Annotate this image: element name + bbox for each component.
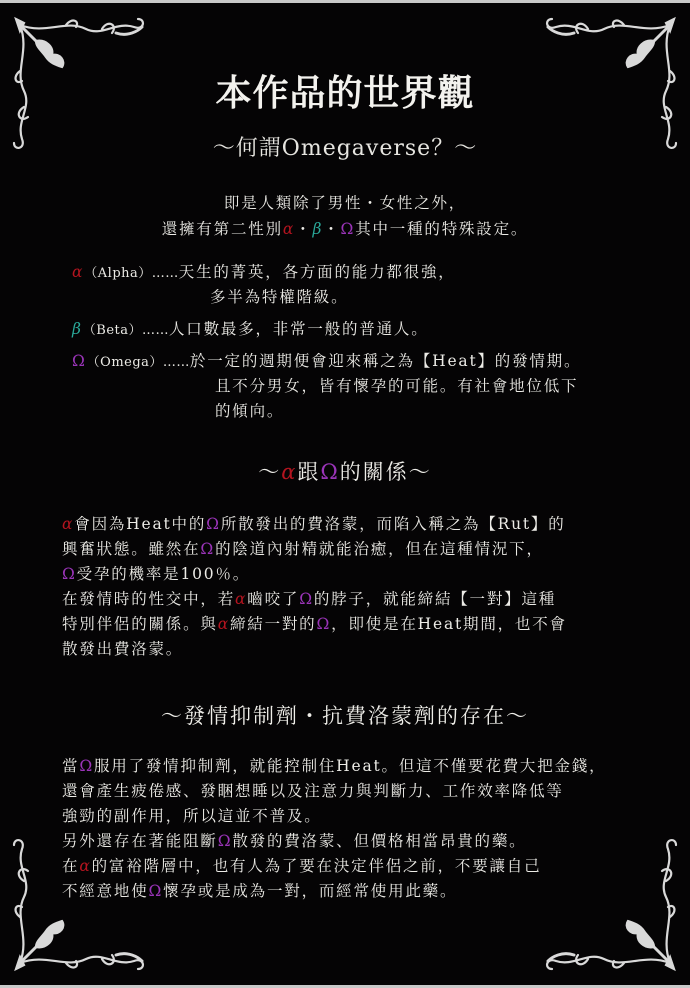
intro-text: 其中一種的特殊設定。 — [355, 220, 528, 238]
omega-symbol-icon: Ω — [218, 832, 233, 850]
alpha-symbol-icon: α — [218, 615, 230, 633]
omega-symbol-icon: Ω — [79, 757, 94, 775]
alpha-symbol-icon: α — [235, 590, 247, 608]
paragraph-text: ，即使是在Heat期間，也不會 — [331, 615, 567, 633]
heading-text: ～ — [258, 460, 281, 484]
paragraph-text: 的富裕階層中，也有人為了要在決定伴侶之前，不要讓自己 — [92, 857, 542, 875]
paragraph-text: 受孕的機率是100％。 — [77, 565, 250, 583]
paragraph-text: 當 — [62, 757, 79, 775]
omega-symbol-icon: Ω — [206, 515, 221, 533]
paragraph-line: α會因為Heat中的Ω所散發出的費洛蒙，而陷入稱之為【Rut】的 — [62, 513, 566, 535]
omega-symbol-icon: Ω — [200, 540, 215, 558]
intro-line-2: 還擁有第二性別α・β・Ω其中一種的特殊設定。 — [0, 218, 690, 240]
paragraph-text: 不經意地使 — [62, 882, 149, 900]
paragraph-text: 散發的費洛蒙、但價格相當昂貴的藥。 — [232, 832, 526, 850]
definition-label: （Omega）…… — [87, 355, 190, 370]
definition-beta: β（Beta）……人口數最多，非常一般的普通人。 — [72, 318, 429, 342]
paragraph-line: 在α的富裕階層中，也有人為了要在決定伴侶之前，不要讓自己 — [62, 855, 541, 877]
definition-label: （Beta）…… — [83, 323, 169, 338]
definition-omega-cont: 且不分男女，皆有懷孕的可能。有社會地位低下 — [215, 375, 578, 397]
paragraph-line: Ω受孕的機率是100％。 — [62, 563, 250, 585]
alpha-symbol-icon: α — [283, 220, 295, 238]
paragraph-line: 當Ω服用了發情抑制劑，就能控制住Heat。但這不僅要花費大把金錢， — [62, 755, 606, 777]
paragraph-text: 的陰道內射精就能治癒，但在這種情況下， — [215, 540, 544, 558]
paragraph-text: 在 — [62, 857, 79, 875]
omega-symbol-icon: Ω — [341, 220, 356, 238]
intro-line-1: 即是人類除了男性・女性之外， — [0, 192, 690, 214]
paragraph-text: 所散發出的費洛蒙，而陷入稱之為【Rut】的 — [221, 515, 566, 533]
section-heading-suppressants: ～發情抑制劑・抗費洛蒙劑的存在～ — [0, 700, 690, 730]
intro-text: 還擁有第二性別 — [162, 220, 283, 238]
omega-symbol-icon: Ω — [72, 352, 87, 370]
paragraph-text: 服用了發情抑制劑，就能控制住Heat。但這不僅要花費大把金錢， — [94, 757, 606, 775]
paragraph-text: 興奮狀態。雖然在 — [62, 540, 200, 558]
beta-symbol-icon: β — [72, 320, 83, 338]
heading-text: 的關係～ — [340, 460, 432, 484]
corner-ornament-icon — [534, 837, 684, 977]
paragraph-line: 興奮狀態。雖然在Ω的陰道內射精就能治癒，但在這種情況下， — [62, 538, 544, 560]
alpha-symbol-icon: α — [79, 857, 91, 875]
omega-symbol-icon: Ω — [320, 460, 339, 484]
separator: ・ — [295, 220, 312, 238]
section-heading-relationship: ～α跟Ω的關係～ — [0, 456, 690, 486]
page-title: 本作品的世界觀 — [0, 65, 690, 116]
definition-text: 人口數最多，非常一般的普通人。 — [169, 320, 429, 338]
omega-symbol-icon: Ω — [299, 590, 314, 608]
paragraph-text: 嚙咬了 — [247, 590, 299, 608]
definition-text: 於一定的週期便會迎來稱之為【Heat】的發情期。 — [190, 352, 581, 370]
definition-label: （Alpha）…… — [84, 266, 179, 281]
alpha-symbol-icon: α — [72, 263, 84, 281]
paragraph-text: 特別伴侶的關係。與 — [62, 615, 218, 633]
paragraph-text: 另外還存在著能阻斷 — [62, 832, 218, 850]
definition-omega-cont: 的傾向。 — [215, 400, 284, 422]
paragraph-text: 締結一對的 — [230, 615, 317, 633]
definition-alpha: α（Alpha）……天生的菁英，各方面的能力都很強， — [72, 261, 456, 285]
paragraph-text: 的脖子，就能締結【一對】這種 — [314, 590, 556, 608]
separator: ・ — [323, 220, 340, 238]
paragraph-line: 散發出費洛蒙。 — [62, 638, 183, 660]
omega-symbol-icon: Ω — [62, 565, 77, 583]
paragraph-text: 在發情時的性交中，若 — [62, 590, 235, 608]
beta-symbol-icon: β — [312, 220, 323, 238]
paragraph-line: 還會產生疲倦感、發睏想睡以及注意力與判斷力、工作效率降低等 — [62, 780, 564, 802]
definition-text: 天生的菁英，各方面的能力都很強， — [179, 263, 456, 281]
info-page: 本作品的世界觀 ～何謂Omegaverse？～ 即是人類除了男性・女性之外， 還… — [0, 3, 690, 985]
paragraph-line: 不經意地使Ω懷孕或是成為一對，而經常使用此藥。 — [62, 880, 457, 902]
heading-text: 跟 — [297, 460, 320, 484]
definition-omega: Ω（Omega）……於一定的週期便會迎來稱之為【Heat】的發情期。 — [72, 350, 581, 374]
page-subtitle: ～何謂Omegaverse？～ — [0, 131, 690, 162]
paragraph-line: 特別伴侶的關係。與α締結一對的Ω，即使是在Heat期間，也不會 — [62, 613, 567, 635]
alpha-symbol-icon: α — [62, 515, 74, 533]
paragraph-text: 會因為Heat中的 — [74, 515, 206, 533]
paragraph-line: 在發情時的性交中，若α嚙咬了Ω的脖子，就能締結【一對】這種 — [62, 588, 556, 610]
definition-alpha-cont: 多半為特權階級。 — [210, 286, 348, 308]
alpha-symbol-icon: α — [281, 460, 297, 484]
paragraph-text: 懷孕或是成為一對，而經常使用此藥。 — [163, 882, 457, 900]
omega-symbol-icon: Ω — [317, 615, 332, 633]
paragraph-line: 強勁的副作用，所以這並不普及。 — [62, 805, 322, 827]
paragraph-line: 另外還存在著能阻斷Ω散發的費洛蒙、但價格相當昂貴的藥。 — [62, 830, 526, 852]
omega-symbol-icon: Ω — [149, 882, 164, 900]
